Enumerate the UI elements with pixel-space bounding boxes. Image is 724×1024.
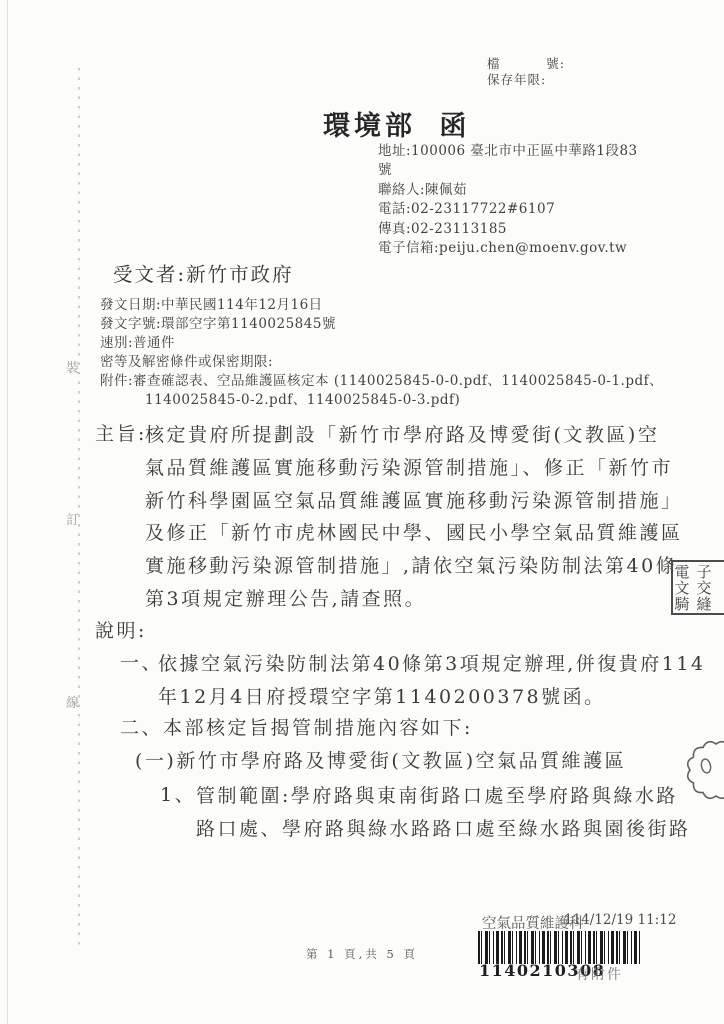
filing-info: 檔 號: 保存年限: — [487, 56, 565, 88]
explanation-sub-item2: 管制範圍:學府路與東南街路口處至學府路與綠水路 路口處、學府路與綠水路路口處至綠… — [196, 780, 691, 846]
subject-line: 新竹科學園區空氣品質維護區實施移動污染源管制措施」 — [145, 485, 683, 518]
registry-barcode — [478, 931, 640, 964]
binding-mark-ding: 訂 — [66, 509, 79, 528]
issue-date: 發文日期:中華民國114年12月16日 — [100, 296, 663, 315]
explanation-item1-line: 年12月4日府授環空字第1140200378號函。 — [158, 681, 706, 714]
registry-stamp-datetime: 114/12/19 11:12 — [564, 912, 676, 928]
classification: 密等及解密條件或保密期限: — [100, 353, 663, 372]
doc-meta-block: 發文日期:中華民國114年12月16日 發文字號:環部空字第1140025845… — [100, 296, 663, 410]
subject-line: 第3項規定辦理公告,請查照。 — [145, 583, 683, 616]
explanation-item1-number: 一、 — [120, 648, 163, 675]
sender-fax: 傳真:02-23113185 — [378, 220, 638, 239]
sender-phone: 電話:02-23117722#6107 — [378, 200, 638, 219]
attachments-line1: 附件:審查確認表、空品維護區核定本 (1140025845-0-0.pdf、11… — [100, 372, 663, 391]
attachment-indicator: 有附件 — [575, 964, 623, 984]
explanation-label: 說明: — [95, 616, 147, 643]
binding-mark-xian: 線 — [66, 692, 79, 711]
subject-body: 核定貴府所提劃設「新竹市學府路及博愛街(文教區)空 氣品質維護區實施移動污染源管… — [145, 419, 683, 616]
recipient-line: 受文者:新竹市政府 — [113, 259, 294, 287]
electronic-exchange-stamp: 電 文 騎 子 交 縫 — [671, 560, 724, 615]
explanation-sub-item2-line: 路口處、學府路與綠水路路口處至綠水路與園後街路 — [196, 813, 691, 846]
subject-line: 及修正「新竹市虎林國民中學、國民小學空氣品質維護區 — [145, 517, 683, 550]
electronic-exchange-stamp-col-left: 電 文 騎 — [674, 564, 690, 611]
binding-mark-zhuang: 裝 — [66, 357, 79, 376]
file-number-colon: 號: — [546, 56, 565, 72]
retention-label: 保存年限: — [487, 72, 565, 88]
subject-line: 核定貴府所提劃設「新竹市學府路及博愛街(文教區)空 — [145, 419, 683, 452]
priority: 速別:普通件 — [100, 334, 663, 353]
scanned-official-letter: 裝 訂 線 檔 號: 保存年限: 環境部 函 地址:100006 臺北市中正區中… — [0, 0, 724, 1024]
sender-contact-block: 地址:100006 臺北市中正區中華路1段83 號 聯絡人:陳佩茹 電話:02-… — [378, 142, 638, 258]
file-number-label: 檔 — [487, 56, 501, 72]
sender-contact-person: 聯絡人:陳佩茹 — [378, 181, 638, 200]
subject-line: 實施移動污染源管制措施」,請依空氣污染防制法第40條 — [145, 550, 683, 583]
attachments-line2: 1140025845-0-2.pdf、1140025845-0-3.pdf) — [100, 391, 663, 410]
explanation-item2: 二、本部核定旨揭管制措施內容如下: — [120, 713, 473, 740]
sender-email: 電子信箱:peiju.chen@moenv.gov.tw — [378, 239, 638, 258]
subject-line: 氣品質維護區實施移動污染源管制措施」、修正「新竹市 — [145, 452, 683, 485]
explanation-item1-line: 依據空氣污染防制法第40條第3項規定辦理,併復貴府114 — [158, 648, 706, 681]
binding-dotted-line — [78, 68, 80, 946]
issue-number: 發文字號:環部空字第1140025845號 — [100, 315, 663, 334]
sender-address-line2: 號 — [378, 161, 638, 180]
explanation-sub-item1: (一)新竹市學府路及博愛街(文教區)空氣品質維護區 — [135, 746, 626, 773]
explanation-item1: 依據空氣污染防制法第40條第3項規定辦理,併復貴府114 年12月4日府授環空字… — [158, 648, 706, 714]
explanation-sub-item2-line: 管制範圍:學府路與東南街路口處至學府路與綠水路 — [196, 780, 691, 813]
document-title: 環境部 函 — [323, 104, 470, 143]
page-edge-shadow — [7, 0, 8, 1024]
sender-address-line1: 地址:100006 臺北市中正區中華路1段83 — [378, 142, 638, 161]
electronic-exchange-stamp-col-right: 子 交 縫 — [696, 564, 712, 611]
official-seal-icon — [676, 730, 724, 810]
file-number-row: 檔 號: — [487, 56, 565, 72]
subject-label: 主旨: — [95, 419, 147, 446]
explanation-sub-item2-number: 1、 — [160, 780, 196, 807]
